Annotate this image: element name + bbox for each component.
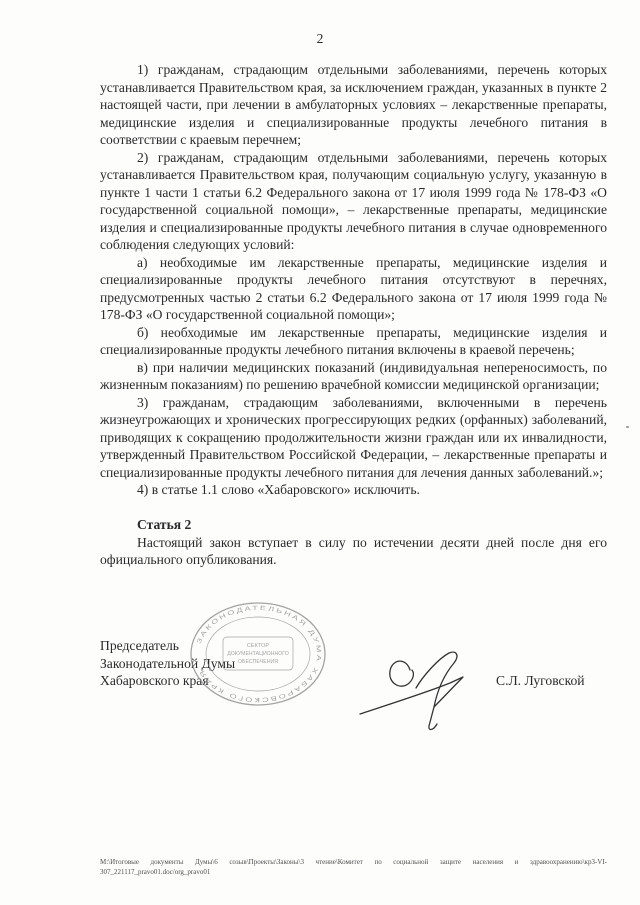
stamp-center-line: ОБЕСПЕЧЕНИЯ: [238, 659, 278, 665]
stamp-center-line: ДОКУМЕНТАЦИОННОГО: [227, 651, 289, 657]
signer-title-line: Председатель: [100, 637, 235, 655]
footer-file-path-line1: М:\Итоговые документы Думы\6 созыв\Проек…: [100, 858, 607, 867]
article-2-heading: Статья 2: [100, 516, 607, 534]
signer-name: С.Л. Луговской: [496, 672, 585, 689]
footer-file-path-line2: 307_221117_pravo01.doc/org_pravo01: [100, 868, 607, 877]
paragraph-2b: б) необходимые им лекарственные препарат…: [100, 324, 607, 359]
paragraph-2v: в) при наличии медицинских показаний (ин…: [100, 359, 607, 394]
page-number: 2: [0, 31, 640, 46]
signer-title: Председатель Законодательной Думы Хабаро…: [100, 637, 235, 690]
stamp-bottom-mark: *: [257, 698, 260, 704]
stamp-ring-text: ЗАКОНОДАТЕЛЬНАЯ ДУМА ХАБАРОВСКОГО КРАЯ: [196, 605, 323, 703]
scanned-law-page: 2 1) гражданам, страдающим отдельными за…: [0, 0, 640, 905]
stamp-center-line: СЕКТОР: [247, 643, 270, 649]
handwritten-signature: [350, 640, 490, 780]
paragraph-2: 2) гражданам, страдающим отдельными забо…: [100, 149, 607, 254]
paragraph-2a: а) необходимые им лекарственные препарат…: [100, 254, 607, 324]
article-2-text: Настоящий закон вступает в силу по истеч…: [100, 534, 607, 569]
round-stamp-icon: ЗАКОНОДАТЕЛЬНАЯ ДУМА ХАБАРОВСКОГО КРАЯ *…: [185, 596, 335, 716]
signer-title-line: Хабаровского края: [100, 672, 235, 690]
document-body: 1) гражданам, страдающим отдельными забо…: [100, 61, 607, 569]
scan-artifact-dot: [626, 426, 629, 428]
paragraph-1: 1) гражданам, страдающим отдельными забо…: [100, 61, 607, 149]
signer-title-line: Законодательной Думы: [100, 655, 235, 673]
paragraph-4: 4) в статье 1.1 слово «Хабаровского» иск…: [100, 481, 607, 499]
document-footer: М:\Итоговые документы Думы\6 созыв\Проек…: [100, 858, 607, 876]
svg-text:ЗАКОНОДАТЕЛЬНАЯ ДУМА ХАБАРОВСК: ЗАКОНОДАТЕЛЬНАЯ ДУМА ХАБАРОВСКОГО КРАЯ: [196, 605, 323, 703]
paragraph-3: 3) гражданам, страдающим заболеваниями, …: [100, 394, 607, 482]
